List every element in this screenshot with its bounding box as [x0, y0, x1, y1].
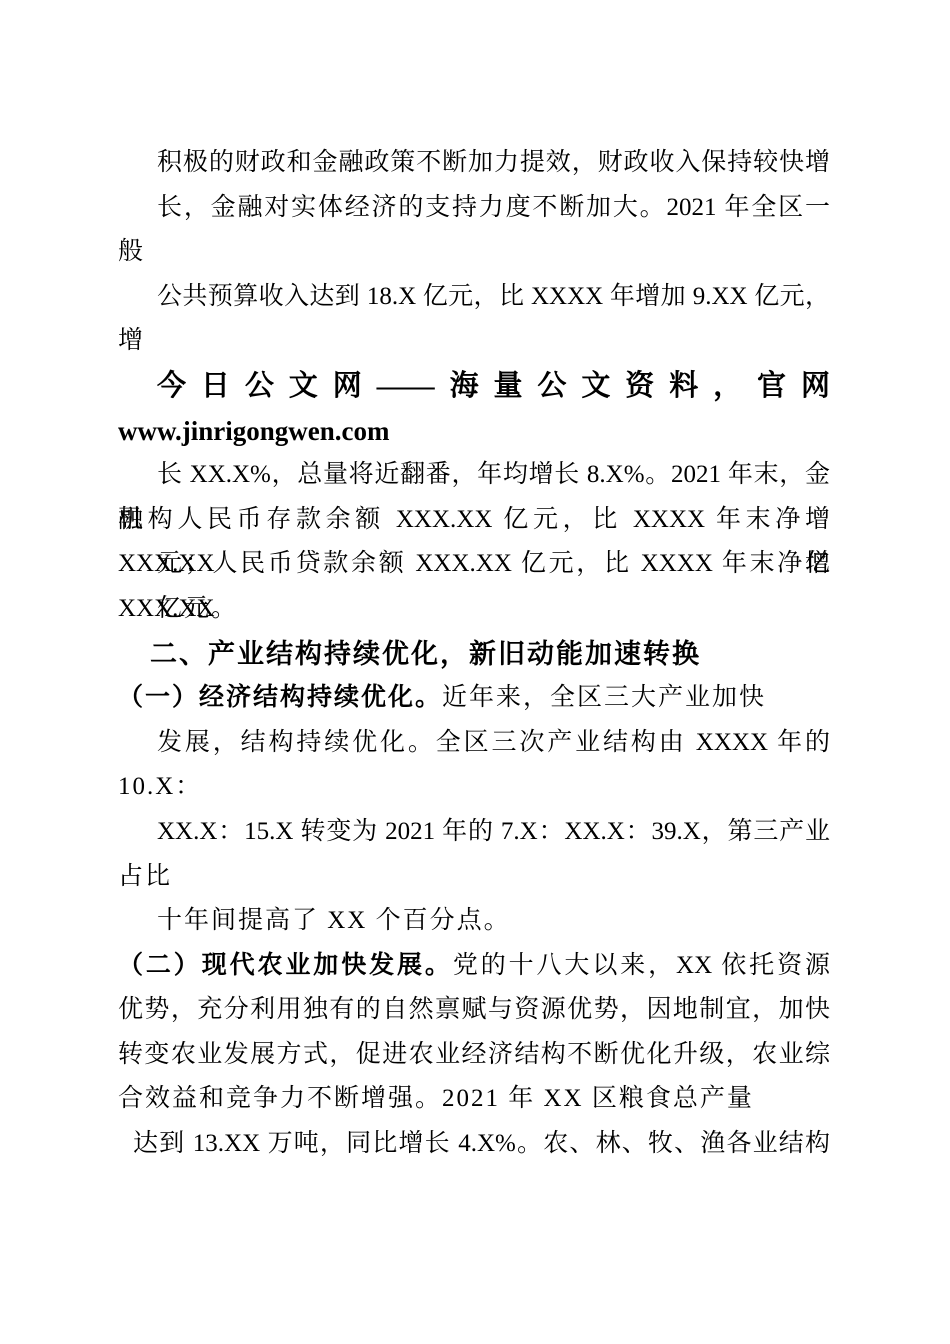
- text-line: 长 XX.X%，总量将近翻番，年均增长 8.X%。2021 年末，金融: [118, 453, 830, 498]
- section-heading: 二、产业结构持续优化，新旧动能加速转换: [118, 632, 830, 677]
- text-line: 元；人民币贷款余额 XXX.XX 亿元，比 XXXX 年末净增 XXX.XX: [118, 542, 830, 587]
- text-line: 亿元。: [118, 587, 830, 632]
- text-line: 公共预算收入达到 18.X 亿元，比 XXXX 年增加 9.XX 亿元，: [118, 275, 830, 320]
- document-body: 积极的财政和金融政策不断加力提效，财政收入保持较快增 长，金融对实体经济的支持力…: [118, 141, 830, 1167]
- subsection-title: （一）经济结构持续优化。: [118, 684, 442, 711]
- text-line: 长，金融对实体经济的支持力度不断加大。2021 年全区一: [118, 186, 830, 231]
- text-line: 达到 13.XX 万吨，同比增长 4.X%。农、林、牧、渔各业结构: [118, 1122, 830, 1167]
- document-page: 积极的财政和金融政策不断加力提效，财政收入保持较快增 长，金融对实体经济的支持力…: [0, 0, 950, 1344]
- text-line: 占比: [118, 855, 830, 900]
- text-line: 优势，充分利用独有的自然禀赋与资源优势，因地制宜，加快: [118, 988, 830, 1033]
- text-line: （一）经济结构持续优化。近年来，全区三大产业加快: [118, 676, 830, 721]
- subsection-title: （二）现代农业加快发展。: [118, 952, 453, 979]
- site-banner: 今日公文网——海量公文资料，官网: [118, 364, 830, 409]
- text-line: 合效益和竞争力不断增强。2021 年 XX 区粮食总产量: [118, 1077, 830, 1122]
- text-line: 发展，结构持续优化。全区三次产业结构由 XXXX 年的: [118, 721, 830, 766]
- line-text: 近年来，全区三大产业加快: [442, 684, 766, 711]
- text-line: 十年间提高了 XX 个百分点。: [118, 899, 830, 944]
- text-line: XX.X：15.X 转变为 2021 年的 7.X：XX.X：39.X，第三产业: [118, 810, 830, 855]
- text-line: （二）现代农业加快发展。党的十八大以来，XX 依托资源: [118, 944, 830, 989]
- text-line: 积极的财政和金融政策不断加力提效，财政收入保持较快增: [118, 141, 830, 186]
- site-url: www.jinrigongwen.com: [118, 409, 830, 454]
- line-text: 党的十八大以来，XX 依托资源: [453, 952, 830, 979]
- text-line: 般: [118, 230, 830, 275]
- text-line: 转变农业发展方式，促进农业经济结构不断优化升级，农业综: [118, 1033, 830, 1078]
- text-line: 增: [118, 319, 830, 364]
- text-line: 机构人民币存款余额 XXX.XX 亿元，比 XXXX 年末净增 XXX.XX 亿: [118, 498, 830, 543]
- text-line: 10.X：: [118, 765, 830, 810]
